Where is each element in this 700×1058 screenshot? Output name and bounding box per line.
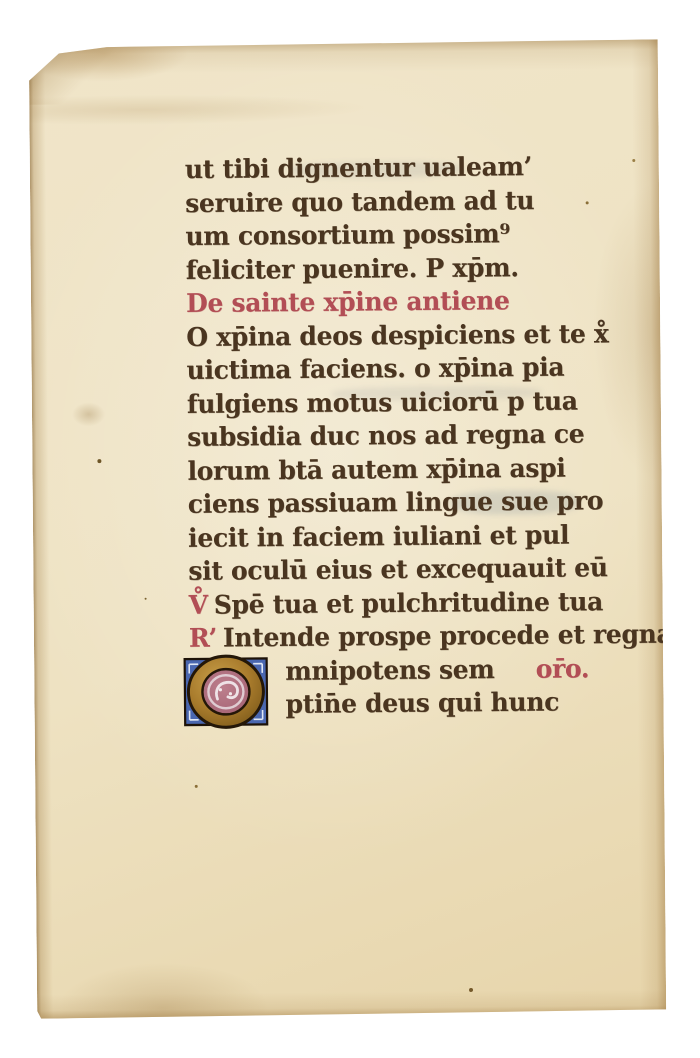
line-text: mnipotens sem xyxy=(285,654,494,686)
manuscript-line: sit oculū eius et excequauit eū xyxy=(188,552,588,589)
manuscript-line: O xp̄ina deos despiciens et te x̊ xyxy=(186,317,586,354)
manuscript-line: lorum btā autem xp̄ina aspi xyxy=(187,451,587,488)
line-text: subsidia duc nos ad regna ce xyxy=(187,419,584,452)
line-text: ciens passiuam lingue sue pro xyxy=(188,486,604,519)
manuscript-line: iecit in faciem iuliani et pul xyxy=(188,518,588,555)
line-text: iecit in faciem iuliani et pul xyxy=(188,519,569,552)
line-text: uictima faciens. o xp̄ina pia xyxy=(186,352,564,385)
manuscript-line: fulgiens motus uiciorū p tua xyxy=(187,384,587,421)
foxing-specks xyxy=(29,45,31,47)
line-text: ut tibi dignentur ualeam’ xyxy=(185,151,532,184)
rubric-text: De sainte xp̄ine antiene xyxy=(186,286,510,319)
corner-fold xyxy=(29,44,120,105)
line-text: lorum btā autem xp̄ina aspi xyxy=(187,452,565,485)
line-text: Spē tua et pulchritudine tua xyxy=(214,586,603,619)
line-text: um consortium possim⁹ xyxy=(185,219,510,252)
versicle-line: V̊Spē tua et pulchritudine tua xyxy=(189,585,589,622)
rubric-line: De sainte xp̄ine antiene xyxy=(186,284,586,321)
manuscript-page: ut tibi dignentur ualeam’ seruire quo ta… xyxy=(29,39,666,1018)
manuscript-line: feliciter puenire. P xp̄m. xyxy=(186,250,586,287)
manuscript-line: um consortium possim⁹ xyxy=(185,217,585,254)
line-text: seruire quo tandem ad tu xyxy=(185,185,534,218)
line-text: ptin̄e deus qui hunc xyxy=(285,687,559,719)
versicle-marker: V̊ xyxy=(189,589,208,619)
manuscript-line: seruire quo tandem ad tu xyxy=(185,183,585,220)
rubric-oratio-label: or̄o. xyxy=(535,652,589,686)
line-text: fulgiens motus uiciorū p tua xyxy=(187,385,578,418)
photo-background: ut tibi dignentur ualeam’ seruire quo ta… xyxy=(0,0,700,1058)
manuscript-line: ut tibi dignentur ualeam’ xyxy=(185,150,585,187)
text-block: ut tibi dignentur ualeam’ seruire quo ta… xyxy=(185,150,590,723)
line-text: feliciter puenire. P xp̄m. xyxy=(186,252,519,285)
manuscript-line: ciens passiuam lingue sue pro xyxy=(188,485,588,522)
manuscript-line: subsidia duc nos ad regna ce xyxy=(187,418,587,455)
illuminated-initial-O xyxy=(183,650,270,732)
manuscript-line: uictima faciens. o xp̄ina pia xyxy=(186,351,586,388)
response-marker: R’ xyxy=(189,623,217,653)
line-text: sit oculū eius et excequauit eū xyxy=(188,552,608,586)
line-text: O xp̄ina deos despiciens et te x̊ xyxy=(186,318,608,352)
line-text: Intende prospe procede et regna xyxy=(223,619,673,653)
